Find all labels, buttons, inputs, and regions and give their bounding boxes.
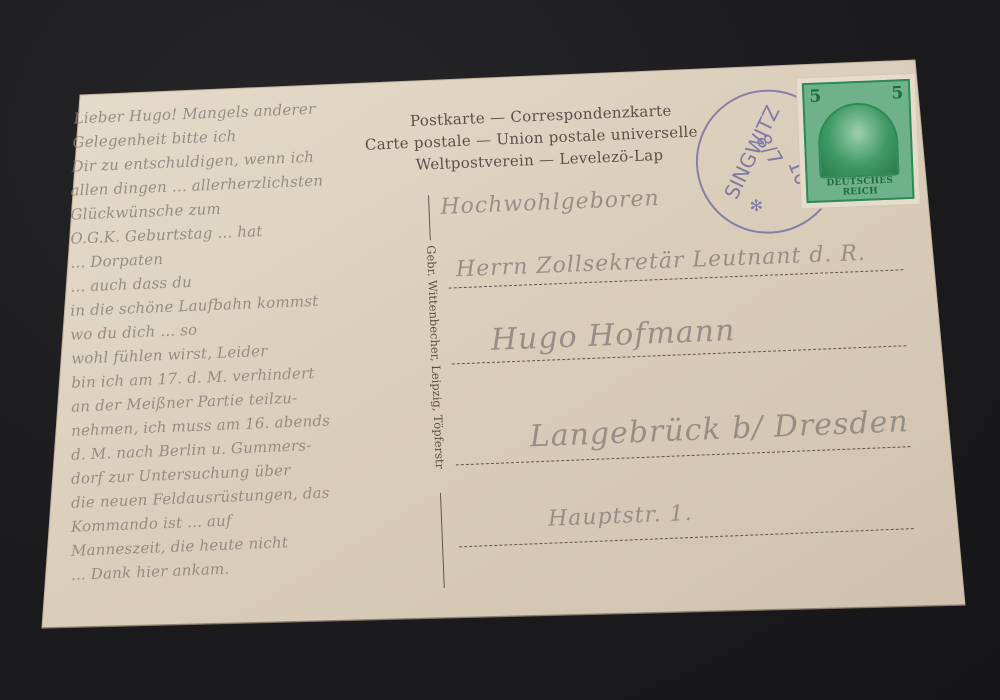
postmark-star-icon: ✻ (749, 196, 763, 216)
stamp-denomination-right: 5 (891, 83, 904, 103)
address-rule-3 (456, 446, 911, 465)
message-line: Gelegenheit bitte ich (72, 127, 237, 152)
message-line: allen dingen ... allerherzlichsten (70, 172, 323, 200)
message-line: nehmen, ich muss am 16. abends (71, 411, 331, 439)
message-line: die neuen Feldausrüstungen, das (71, 484, 330, 512)
address-town: Langebrück b/ Dresden (529, 404, 909, 454)
message-line: in die schöne Laufbahn kommst (70, 292, 319, 320)
stamp-country: DEUTSCHES REICH (808, 175, 913, 199)
publisher-imprint: Gebr. Wittenbecher, Leipzig, Töpferstr (424, 245, 447, 469)
divider-rule-bottom (440, 493, 445, 588)
address-title: Herrn Zollsekretär Leutnant d. R. (456, 241, 867, 282)
message-line: ... Dank hier ankam. (71, 560, 230, 584)
address-rule-4 (459, 528, 914, 547)
postcard: Postkarte — Correspondenzkarte Carte pos… (60, 43, 961, 613)
message-line: Manneszeit, die heute nicht (71, 533, 289, 560)
germania-portrait-icon (817, 101, 900, 178)
message-line: ... Dorpaten (70, 250, 163, 272)
message-line: wohl fühlen wirst, Leider (71, 342, 268, 368)
stamp-design: 5 5 DEUTSCHES REICH (802, 79, 915, 203)
message-line: bin ich am 17. d. M. verhindert (71, 364, 315, 392)
message-line: wo du dich ... so (70, 321, 198, 344)
postage-stamp: 5 5 DEUTSCHES REICH (797, 74, 920, 209)
message-line: d. M. nach Berlin u. Gummers- (71, 436, 312, 464)
message-line: an der Meißner Partie teilzu- (71, 389, 298, 416)
message-line: Lieber Hugo! Mangels anderer (73, 100, 315, 128)
message-line: dorf zur Untersuchung über (71, 461, 291, 488)
address-name: Hugo Hofmann (490, 313, 736, 358)
address-street: Hauptstr. 1. (548, 501, 693, 532)
stamp-denomination-left: 5 (809, 86, 822, 106)
message-line: Dir zu entschuldigen, wenn ich (71, 148, 314, 176)
photo-scene: Postkarte — Correspondenzkarte Carte pos… (0, 0, 1000, 700)
divider-rule-top (428, 195, 431, 240)
message-line: ... auch dass du (70, 273, 192, 296)
message-line: Kommando ist ... auf (71, 511, 232, 535)
message-line: Glückwünsche zum (70, 200, 221, 224)
address-salutation: Hochwohlgeboren (440, 186, 660, 220)
message-line: O.G.K. Geburtstag ... hat (70, 222, 263, 248)
